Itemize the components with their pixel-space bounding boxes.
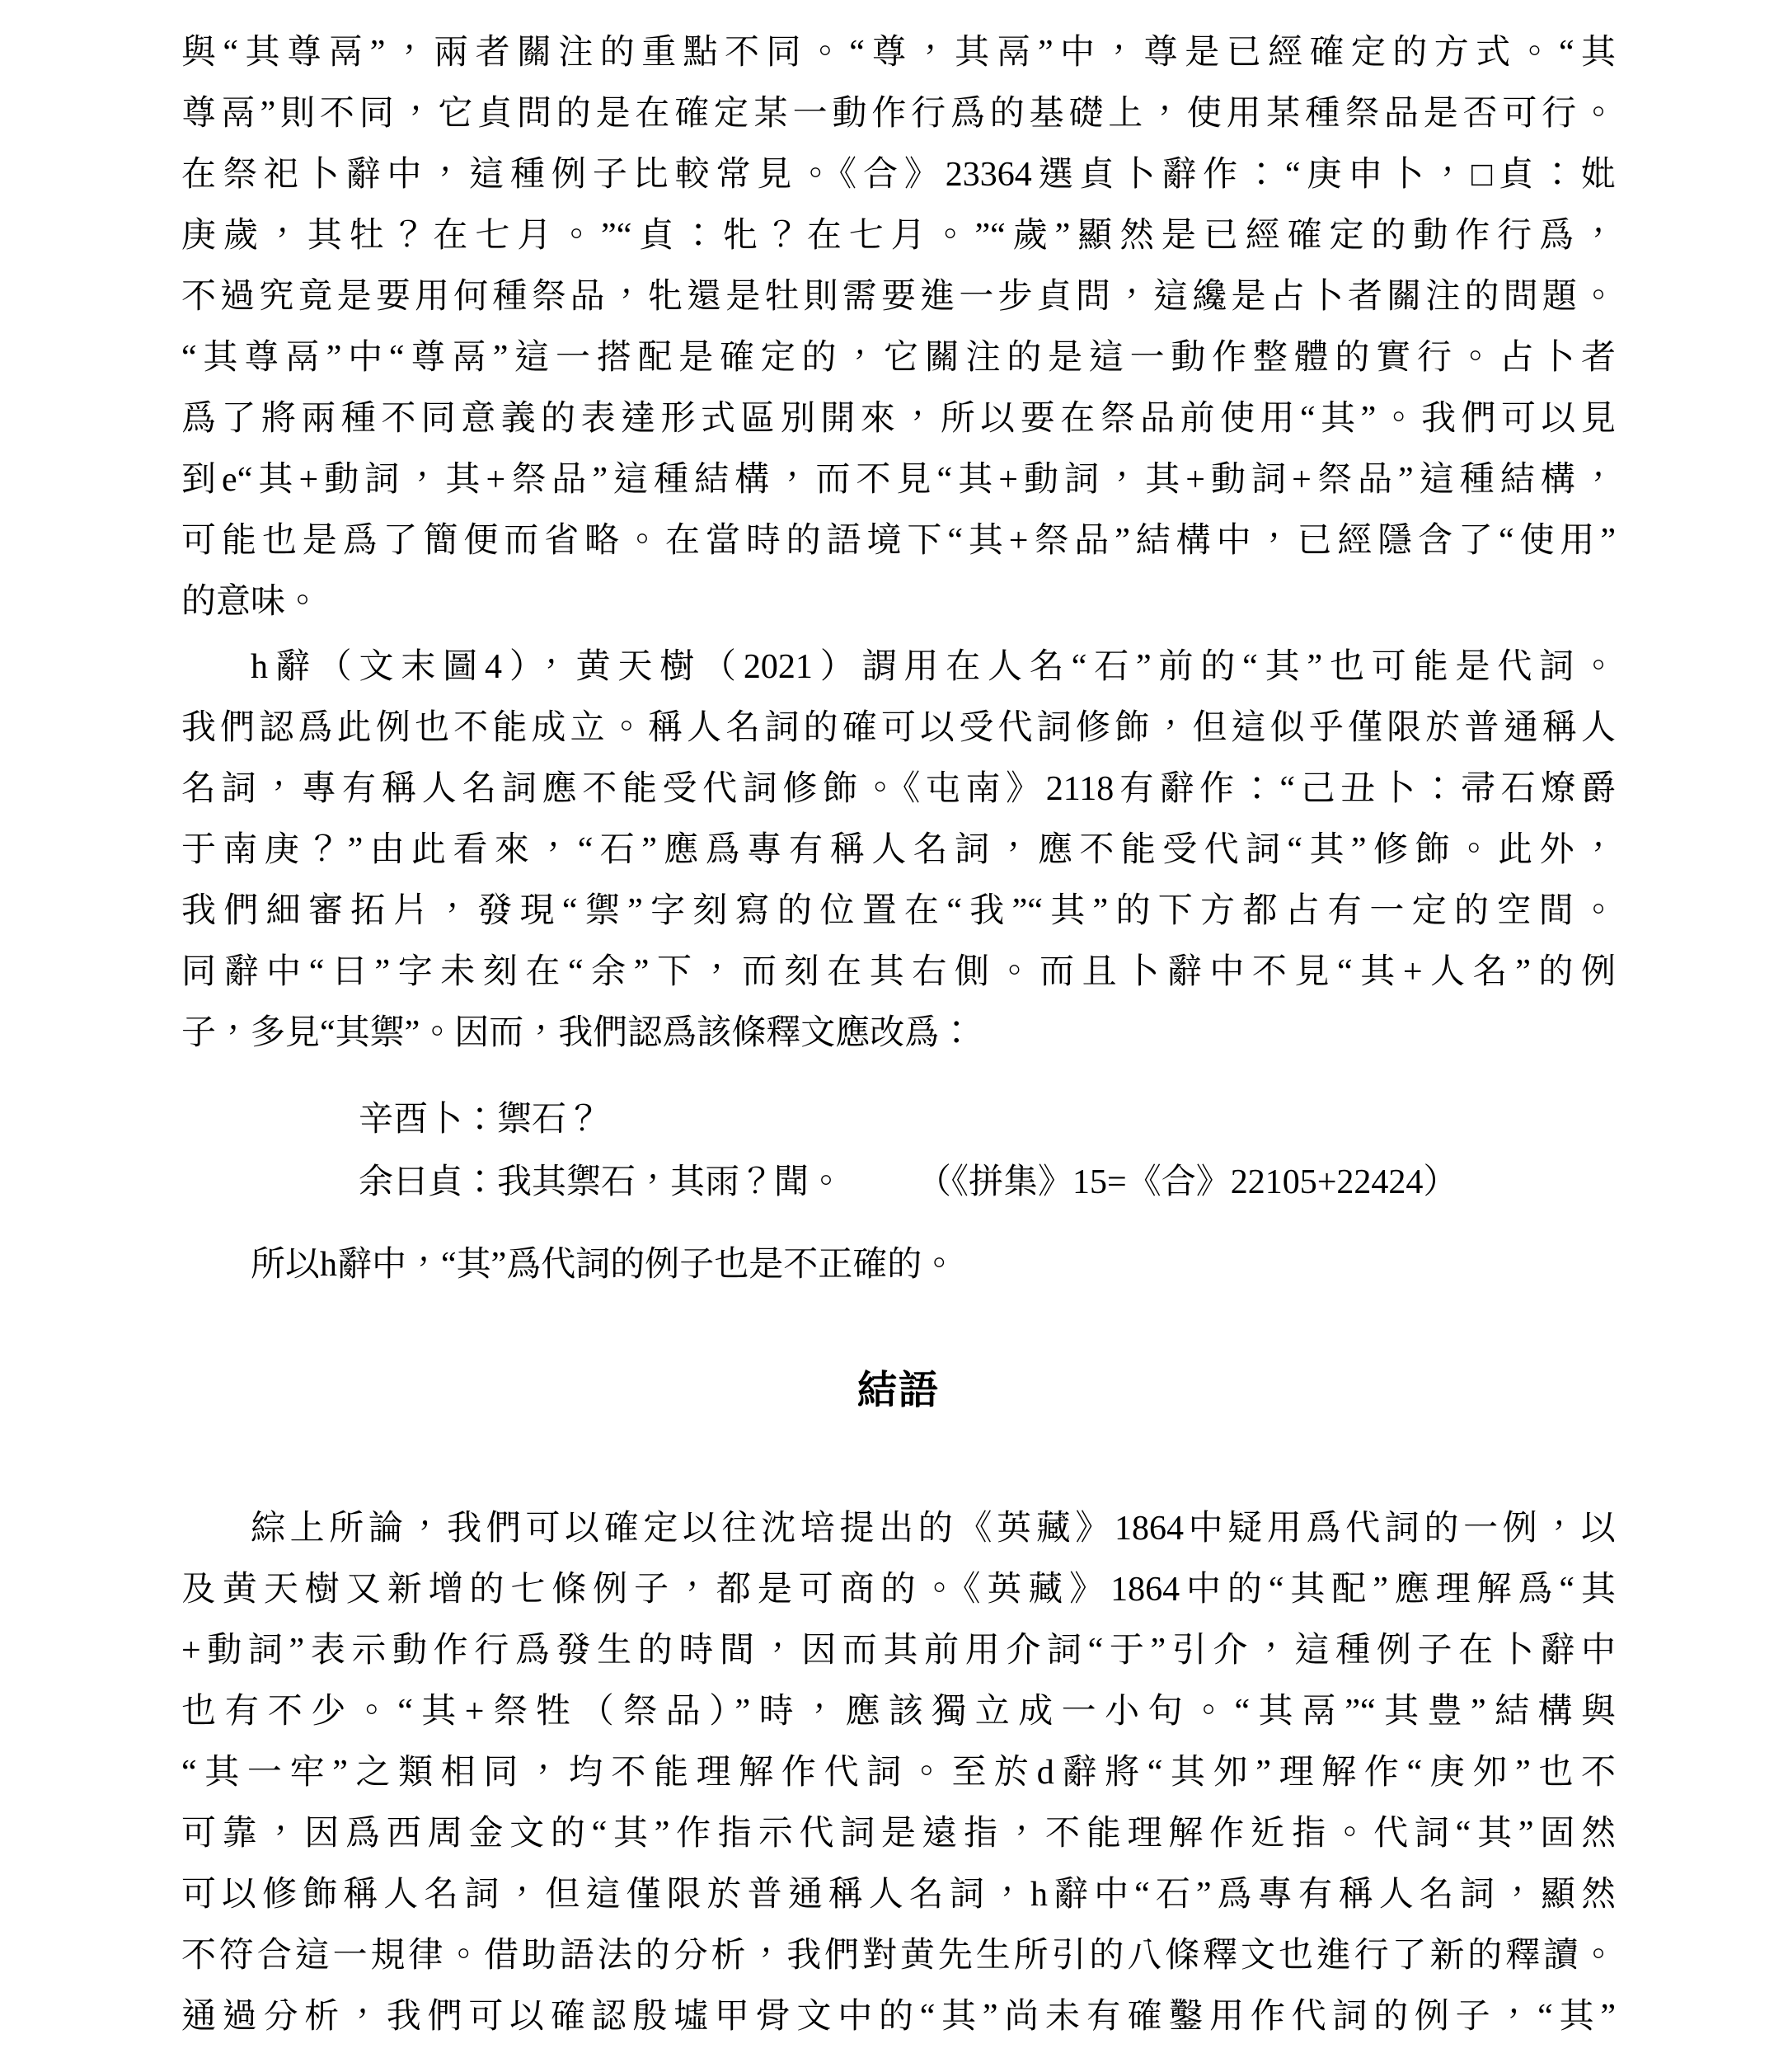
quote: 辛酉卜：禦石？余曰貞：我其禦石，其雨？聞。（《拼集》15=《合》22105+22… — [181, 1088, 1616, 1214]
text-line: 所以h辭中，“其”爲代詞的例子也是不正確的。 — [181, 1234, 1616, 1295]
text-line: 爲了將兩種不同意義的表達形式區別開來，所以要在祭品前使用“其”。我們可以見 — [181, 388, 1616, 449]
text-line: 余曰貞：我其禦石，其雨？聞。（《拼集》15=《合》22105+22424） — [359, 1151, 1616, 1214]
text-line: 不過究竟是要用何種祭品，牝還是牡則需要進一步貞問，這纔是占卜者關注的問題。 — [181, 266, 1616, 327]
text-line: 庚歲，其牡？在七月。”“貞：牝？在七月。”“歲”顯然是已經確定的動作行爲， — [181, 205, 1616, 266]
text-line: +動詞”表示動作行爲發生的時間，因而其前用介詞“于”引介，這種例子在卜辭中 — [181, 1620, 1616, 1681]
para-1: 與“其尊鬲”，兩者關注的重點不同。“尊，其鬲”中，尊是已經確定的方式。“其尊鬲”… — [181, 22, 1616, 632]
text-line: 通過分析，我們可以確認殷墟甲骨文中的“其”尚未有確鑿用作代詞的例子，“其” — [181, 1986, 1616, 2047]
text-line: 我們細審拓片，發現“禦”字刻寫的位置在“我”“其”的下方都占有一定的空間。 — [181, 881, 1616, 942]
text-line: 到e“其+動詞，其+祭品”這種結構，而不見“其+動詞，其+動詞+祭品”這種結構， — [181, 449, 1616, 510]
quote-citation: （《拼集》15=《合》22105+22424） — [934, 1163, 1457, 1201]
text-line: “其一牢”之類相同，均不能理解作代詞。至於d辭將“其夘”理解作“庚夘”也不 — [181, 1742, 1616, 1803]
text-line: 可靠，因爲西周金文的“其”作指示代詞是遠指，不能理解作近指。代詞“其”固然 — [181, 1803, 1616, 1864]
text-line: 辛酉卜：禦石？ — [359, 1088, 1616, 1151]
para-2: h辭（文末圖4），黄天樹（2021）謂用在人名“石”前的“其”也可能是代詞。我們… — [181, 637, 1616, 1064]
section-heading: 結語 — [181, 1358, 1616, 1424]
text-line: 我們認爲此例也不能成立。稱人名詞的確可以受代詞修飾，但這似乎僅限於普通稱人 — [181, 698, 1616, 759]
document-page: 與“其尊鬲”，兩者關注的重點不同。“尊，其鬲”中，尊是已經確定的方式。“其尊鬲”… — [0, 0, 1788, 2072]
text-line: 的意味。 — [181, 571, 1616, 632]
text-line: “其尊鬲”中“尊鬲”這一搭配是確定的，它關注的是這一動作整體的實行。占卜者 — [181, 327, 1616, 388]
text-line: 不符合這一規律。借助語法的分析，我們對黄先生所引的八條釋文也進行了新的釋讀。 — [181, 1925, 1616, 1986]
text-line: 也有不少。“其+祭牲（祭品）”時，應該獨立成一小句。“其鬲”“其豊”結構與 — [181, 1681, 1616, 1742]
text-line: 與“其尊鬲”，兩者關注的重點不同。“尊，其鬲”中，尊是已經確定的方式。“其 — [181, 22, 1616, 83]
text-line: 于南庚？”由此看來，“石”應爲專有稱人名詞，應不能受代詞“其”修飾。此外， — [181, 820, 1616, 881]
text-line: h辭（文末圖4），黄天樹（2021）謂用在人名“石”前的“其”也可能是代詞。 — [181, 637, 1616, 698]
text-line: 綜上所論，我們可以確定以往沈培提出的《英藏》1864中疑用爲代詞的一例，以 — [181, 1498, 1616, 1559]
para-4: 綜上所論，我們可以確定以往沈培提出的《英藏》1864中疑用爲代詞的一例，以及黄天… — [181, 1498, 1616, 2047]
document-body: 與“其尊鬲”，兩者關注的重點不同。“尊，其鬲”中，尊是已經確定的方式。“其尊鬲”… — [181, 22, 1616, 2047]
para-3: 所以h辭中，“其”爲代詞的例子也是不正確的。 — [181, 1234, 1616, 1295]
text-line: 可以修飾稱人名詞，但這僅限於普通稱人名詞，h辭中“石”爲專有稱人名詞，顯然 — [181, 1864, 1616, 1925]
text-line: 子，多見“其禦”。因而，我們認爲該條釋文應改爲： — [181, 1003, 1616, 1064]
text-line: 同辭中“曰”字未刻在“余”下，而刻在其右側。而且卜辭中不見“其+人名”的例 — [181, 942, 1616, 1003]
text-line: 可能也是爲了簡便而省略。在當時的語境下“其+祭品”結構中，已經隱含了“使用” — [181, 510, 1616, 571]
text-line: 在祭祀卜辭中，這種例子比較常見。《合》23364選貞卜辭作：“庚申卜，□貞：妣 — [181, 144, 1616, 205]
text-line: 尊鬲”則不同，它貞問的是在確定某一動作行爲的基礎上，使用某種祭品是否可行。 — [181, 83, 1616, 144]
text-line: 名詞，專有稱人名詞應不能受代詞修飾。《屯南》2118有辭作：“己丑卜：帚石燎爵 — [181, 759, 1616, 820]
text-line: 及黄天樹又新增的七條例子，都是可商的。《英藏》1864中的“其配”應理解爲“其 — [181, 1559, 1616, 1620]
